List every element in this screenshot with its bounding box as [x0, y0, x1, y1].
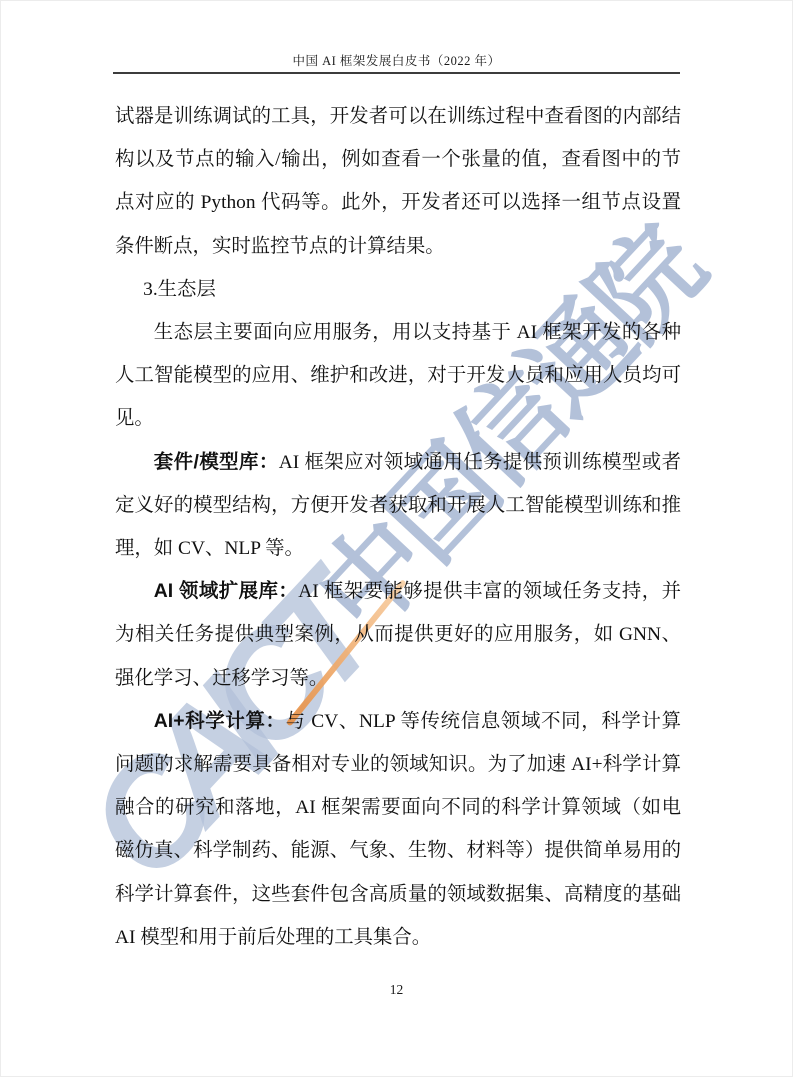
- paragraph-debugger: 试器是训练调试的工具，开发者可以在训练过程中查看图的内部结构以及节点的输入/输出…: [115, 95, 681, 268]
- paragraph-ai-scientific-computing: AI+科学计算：与 CV、NLP 等传统信息领域不同，科学计算问题的求解需要具备…: [115, 700, 681, 959]
- page-number: 12: [0, 982, 793, 998]
- page-content: 试器是训练调试的工具，开发者可以在训练过程中查看图的内部结构以及节点的输入/输出…: [115, 95, 681, 959]
- paragraph-lead-ai-scientific-computing: AI+科学计算：: [154, 710, 286, 732]
- paragraph-lead-ai-domain-extension: AI 领域扩展库：: [154, 580, 298, 602]
- paragraph-model-library: 套件/模型库：AI 框架应对领域通用任务提供预训练模型或者定义好的模型结构，方便…: [115, 441, 681, 571]
- header-title: 中国 AI 框架发展白皮书（2022 年）: [0, 51, 793, 69]
- header-rule: [113, 72, 680, 74]
- paragraph-body-ai-scientific-computing: 与 CV、NLP 等传统信息领域不同，科学计算问题的求解需要具备相对专业的领域知…: [115, 711, 681, 948]
- paragraph-ecosystem-intro: 生态层主要面向应用服务，用以支持基于 AI 框架开发的各种人工智能模型的应用、维…: [115, 311, 681, 441]
- section-heading-ecosystem-layer: 3.生态层: [115, 268, 681, 311]
- paragraph-ai-domain-extension: AI 领域扩展库：AI 框架要能够提供丰富的领域任务支持，并为相关任务提供典型案…: [115, 570, 681, 700]
- paragraph-lead-model-library: 套件/模型库：: [154, 451, 279, 473]
